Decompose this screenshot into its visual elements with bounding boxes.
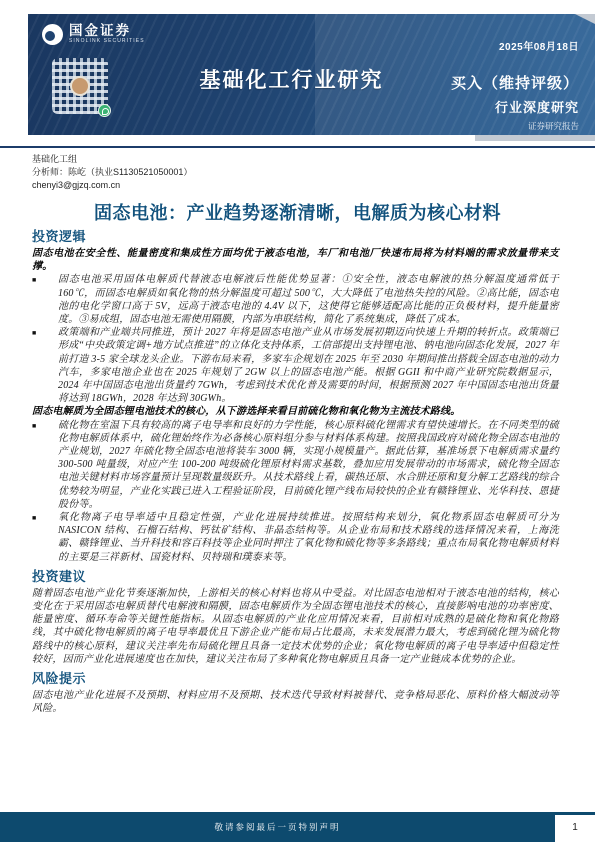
report-type-label: 行业深度研究 [451, 97, 579, 116]
corner-decoration [575, 14, 595, 24]
brand-text: 国金证券 SINOLINK SECURITIES [69, 24, 145, 45]
report-body: 投资逻辑 固态电池在安全性、能量密度和集成性方面均优于液态电池，车厂和电池厂快速… [32, 229, 559, 716]
wechat-icon [98, 104, 111, 117]
risk-paragraph: 固态电池产业化进展不及预期、材料应用不及预期、技术迭代导致材料被替代、竞争格局恶… [32, 689, 559, 715]
band-under-strip [475, 135, 595, 141]
sinolink-logo-icon [42, 24, 63, 45]
bullet-square-icon: ■ [32, 273, 44, 326]
bullet-text: 政策端和产业端共同推进，预计 2027 年将是固态电池产业从市场发展初期迈向快速… [58, 326, 559, 405]
section-heading-investment-advice: 投资建议 [32, 569, 559, 585]
section-heading-risk-warning: 风险提示 [32, 671, 559, 687]
lead-paragraph: 固态电池在安全性、能量密度和集成性方面均优于液态电池，车厂和电池厂快速布局将为材… [32, 247, 559, 273]
bullet-item: ■ 固态电池采用固体电解质代替液态电解液后性能优势显著：①安全性，液态电解液的热… [32, 273, 559, 326]
bullet-item: ■ 政策端和产业端共同推进，预计 2027 年将是固态电池产业从市场发展初期迈向… [32, 326, 559, 405]
analyst-block: 基础化工组 分析师：陈屹（执业S1130521050001） chenyi3@g… [32, 153, 192, 192]
report-tag-label: 证券研究报告 [451, 120, 579, 132]
analyst-email[interactable]: chenyi3@gjzq.com.cn [32, 179, 192, 192]
analyst-name-line: 分析师：陈屹（执业S1130521050001） [32, 166, 192, 179]
bullet-square-icon: ■ [32, 326, 44, 405]
rating-block: 买入（维持评级） 行业深度研究 证券研究报告 [451, 72, 579, 132]
bullet-text: 硫化物在室温下具有较高的离子电导率和良好的力学性能，核心原料硫化锂需求有望快速增… [58, 419, 559, 511]
header-band: 国金证券 SINOLINK SECURITIES 2025年08月18日 基础化… [28, 14, 595, 135]
report-page: 国金证券 SINOLINK SECURITIES 2025年08月18日 基础化… [0, 0, 595, 842]
bullet-square-icon: ■ [32, 511, 44, 564]
section-heading-investment-logic: 投资逻辑 [32, 229, 559, 245]
page-title: 固态电池：产业趋势逐渐清晰，电解质为核心材料 [0, 199, 595, 225]
bullet-square-icon: ■ [32, 419, 44, 511]
rating-label: 买入（维持评级） [451, 72, 579, 93]
header-rule [0, 146, 595, 148]
footer-disclaimer-bar: 敬请参阅最后一页特别声明 [0, 812, 555, 842]
advice-paragraph: 随着固态电池产业化节奏逐渐加快，上游相关的核心材料也将从中受益。对比固态电池相对… [32, 587, 559, 666]
brand-name-en: SINOLINK SECURITIES [69, 38, 145, 45]
report-date: 2025年08月18日 [499, 38, 579, 53]
analyst-team: 基础化工组 [32, 153, 192, 166]
bullet-text: 固态电池采用固体电解质代替液态电解液后性能优势显著：①安全性，液态电解液的热分解… [58, 273, 559, 326]
bullet-text: 氧化物离子电导率适中且稳定性强，产业化进展持续推进。按照结构来划分，氧化物系固态… [58, 511, 559, 564]
brand: 国金证券 SINOLINK SECURITIES [42, 24, 145, 45]
bullet-item: ■ 氧化物离子电导率适中且稳定性强，产业化进展持续推进。按照结构来划分，氧化物系… [32, 511, 559, 564]
footer-disclaimer-text: 敬请参阅最后一页特别声明 [214, 822, 340, 832]
page-number: 1 [555, 812, 595, 842]
bullet-item: ■ 硫化物在室温下具有较高的离子电导率和良好的力学性能，核心原料硫化锂需求有望快… [32, 419, 559, 511]
brand-name-cn: 国金证券 [69, 24, 145, 38]
lead-paragraph: 固态电解质为全固态锂电池技术的核心，从下游选择来看目前硫化物和氧化物为主流技术路… [32, 405, 559, 418]
